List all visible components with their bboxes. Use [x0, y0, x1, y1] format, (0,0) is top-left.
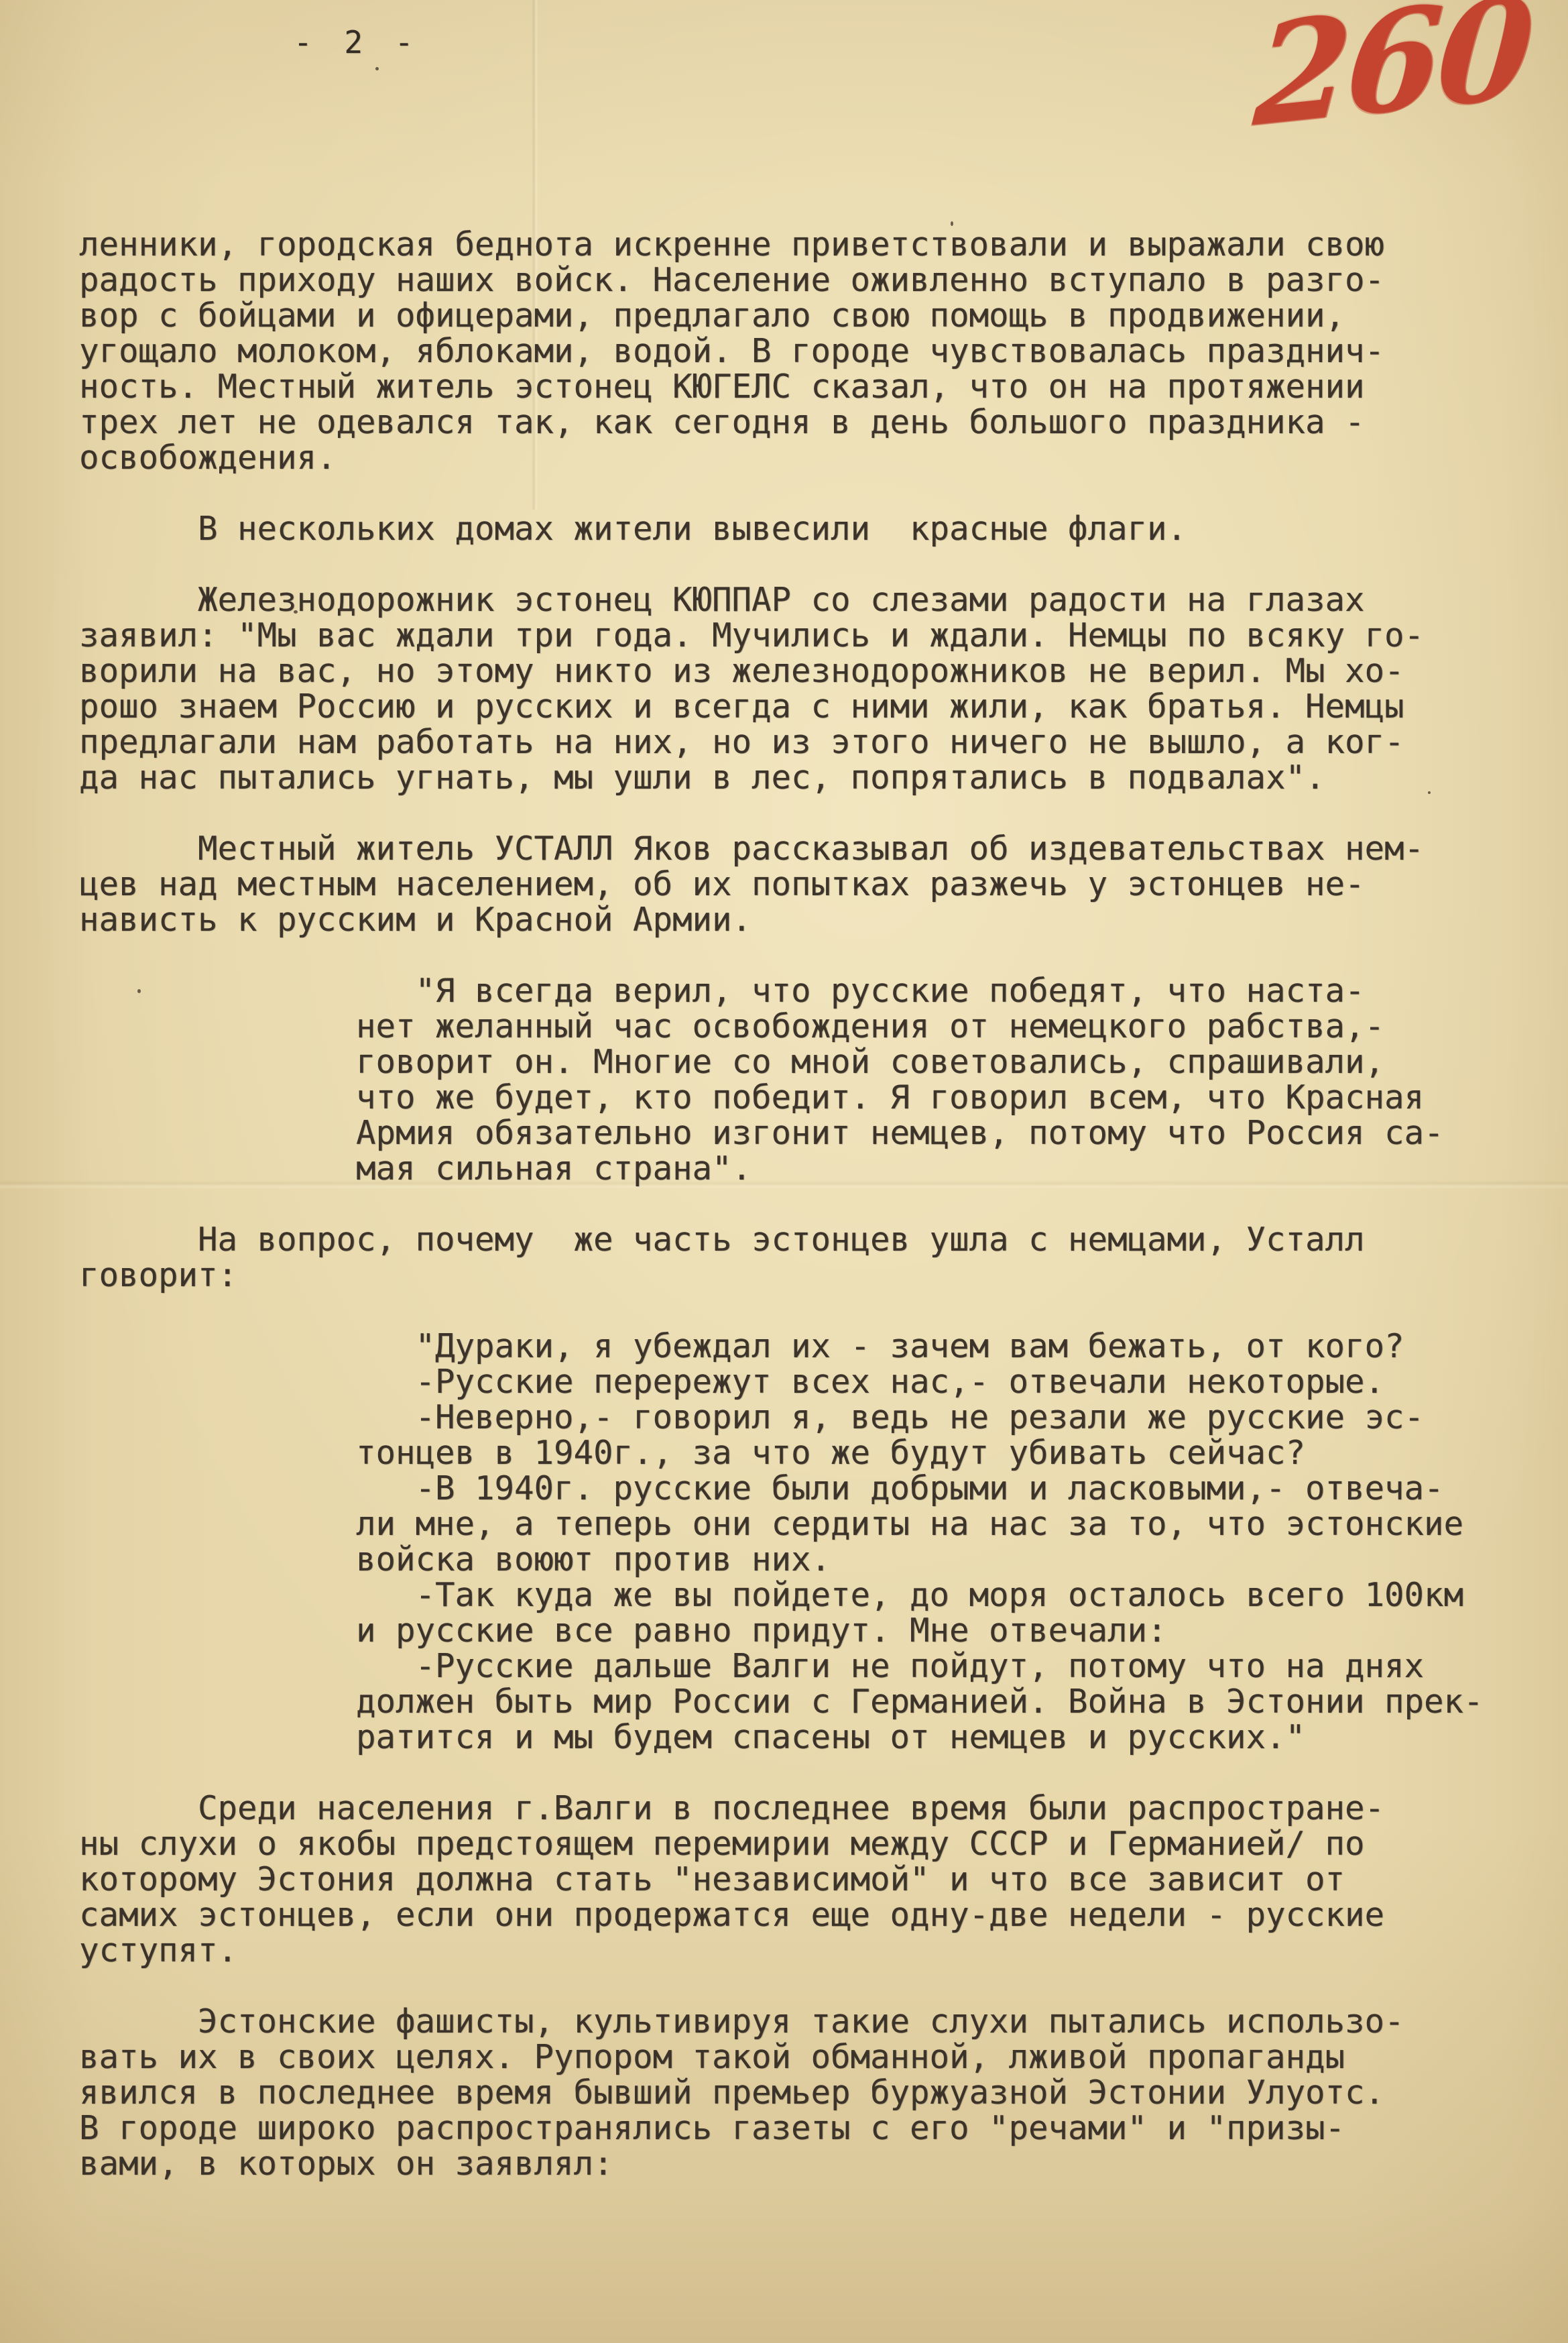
text-line: и русские все равно придут. Мне отвечали… [79, 1613, 1527, 1648]
text-line: вор с бойцами и офицерами, предлагало св… [79, 298, 1527, 333]
text-line: нависть к русским и Красной Армии. [79, 902, 1527, 937]
text-line: -Русские перережут всех нас,- отвечали н… [79, 1364, 1527, 1399]
paragraph-gap [79, 1293, 1527, 1328]
text-line: цев над местным населением, об их попытк… [79, 866, 1527, 902]
text-line: -Так куда же вы пойдете, до моря осталос… [79, 1577, 1527, 1613]
paper-speckle [375, 67, 379, 70]
document-body: ленники, городская беднота искренне прив… [79, 227, 1527, 2181]
text-line: -Неверно,- говорил я, ведь не резали же … [79, 1399, 1527, 1435]
text-line: Железнодорожник эстонец КЮППАР со слезам… [79, 582, 1527, 618]
page-number: - 2 - [294, 24, 420, 60]
text-line: явился в последнее время бывший премьер … [79, 2075, 1527, 2110]
text-line: Армия обязательно изгонит немцев, потому… [79, 1115, 1527, 1151]
handwritten-stamp: 260 [1251, 0, 1541, 146]
paragraph-gap [79, 475, 1527, 511]
text-line: ратится и мы будем спасены от немцев и р… [79, 1719, 1527, 1755]
text-line: вать их в своих целях. Рупором такой обм… [79, 2039, 1527, 2075]
text-line: освобождения. [79, 440, 1527, 475]
text-line: что же будет, кто победит. Я говорил все… [79, 1080, 1527, 1115]
text-line: В нескольких домах жители вывесили красн… [79, 511, 1527, 547]
text-line: "Я всегда верил, что русские победят, чт… [79, 973, 1527, 1009]
text-line: ворили на вас, но этому никто из железно… [79, 653, 1527, 689]
paragraph-gap [79, 1186, 1527, 1222]
paragraph-gap [79, 937, 1527, 973]
text-line: мая сильная страна". [79, 1151, 1527, 1186]
text-line: нет желанный час освобождения от немецко… [79, 1009, 1527, 1044]
text-line: которому Эстония должна стать "независим… [79, 1862, 1527, 1897]
text-line: говорит: [79, 1257, 1527, 1293]
text-line: -Русские дальше Валги не пойдут, потому … [79, 1648, 1527, 1684]
text-line: рошо знаем Россию и русских и всегда с н… [79, 689, 1527, 724]
text-line: заявил: "Мы вас ждали три года. Мучились… [79, 618, 1527, 653]
text-line: тонцев в 1940г., за что же будут убивать… [79, 1435, 1527, 1471]
text-line: В городе широко распространялись газеты … [79, 2110, 1527, 2146]
paragraph-gap [79, 1968, 1527, 2004]
paragraph-gap [79, 1755, 1527, 1790]
text-line: самих эстонцев, если они продержатся еще… [79, 1897, 1527, 1933]
text-line: радость приходу наших войск. Население о… [79, 262, 1527, 298]
text-line: ны слухи о якобы предстоящем перемирии м… [79, 1826, 1527, 1862]
text-line: вами, в которых он заявлял: [79, 2146, 1527, 2181]
text-line: уступят. [79, 1933, 1527, 1968]
text-line: На вопрос, почему же часть эстонцев ушла… [79, 1222, 1527, 1257]
text-line: -В 1940г. русские были добрыми и ласковы… [79, 1471, 1527, 1506]
text-line: Эстонские фашисты, культивируя такие слу… [79, 2004, 1527, 2039]
text-line: предлагали нам работать на них, но из эт… [79, 724, 1527, 760]
text-line: говорит он. Многие со мной советовались,… [79, 1044, 1527, 1080]
text-line: ленники, городская беднота искренне прив… [79, 227, 1527, 262]
text-line: Среди населения г.Валги в последнее врем… [79, 1790, 1527, 1826]
text-line: ность. Местный житель эстонец КЮГЕЛС ска… [79, 369, 1527, 404]
paragraph-gap [79, 795, 1527, 831]
page-root: { "page": { "number": "- 2 -" }, "stamp"… [0, 0, 1568, 2343]
text-line: "Дураки, я убеждал их - зачем вам бежать… [79, 1328, 1527, 1364]
text-line: ли мне, а теперь они сердиты на нас за т… [79, 1506, 1527, 1542]
text-line: угощало молоком, яблоками, водой. В горо… [79, 333, 1527, 369]
text-line: Местный житель УСТАЛЛ Яков рассказывал о… [79, 831, 1527, 866]
text-line: да нас пытались угнать, мы ушли в лес, п… [79, 760, 1527, 795]
paragraph-gap [79, 547, 1527, 582]
text-line: трех лет не одевался так, как сегодня в … [79, 404, 1527, 440]
text-line: войска воюют против них. [79, 1542, 1527, 1577]
text-line: должен быть мир России с Германией. Войн… [79, 1684, 1527, 1719]
